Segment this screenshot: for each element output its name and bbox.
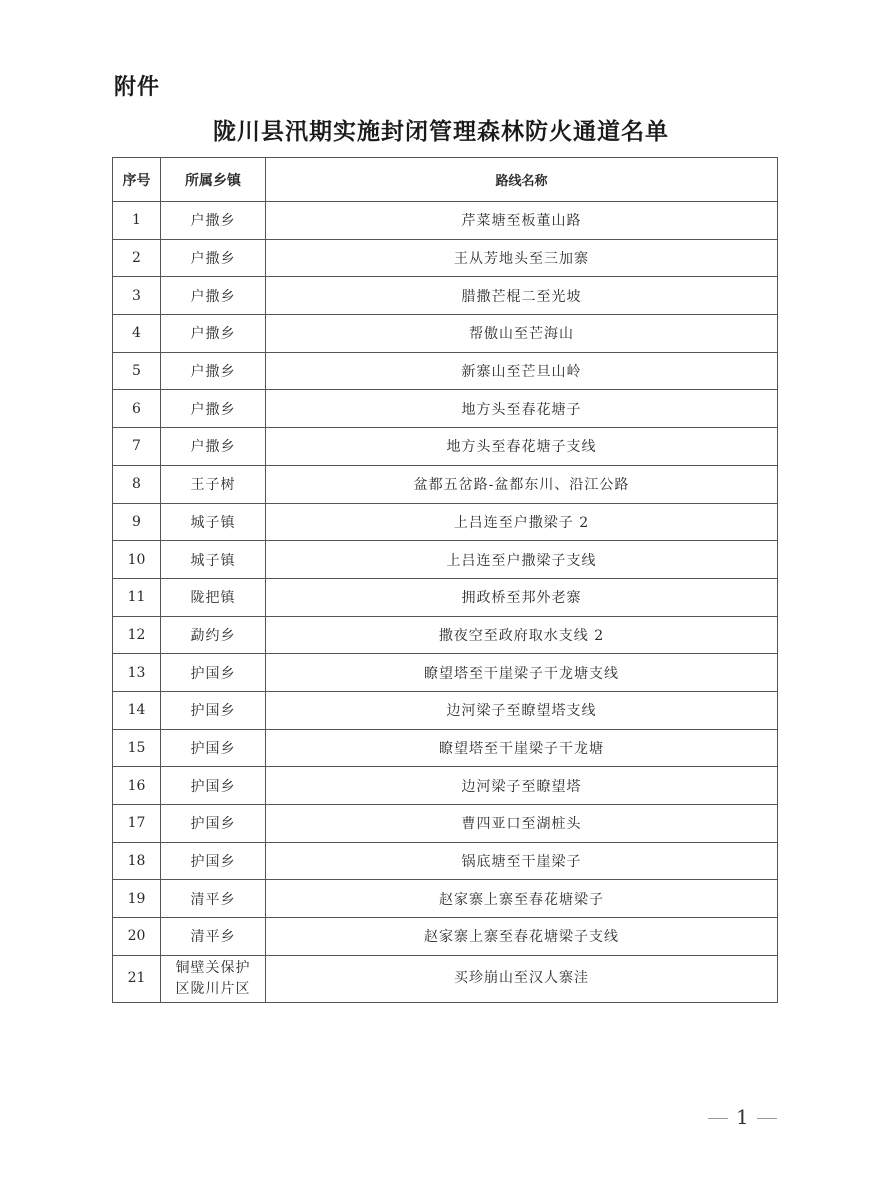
table-row: 17护国乡曹四亚口至湖桩头 xyxy=(113,805,778,843)
table-row: 1户撒乡芹菜塘至板董山路 xyxy=(113,202,778,240)
table-row: 20清平乡赵家寨上寨至春花塘梁子支线 xyxy=(113,918,778,956)
row-road: 锅底塘至干崖梁子 xyxy=(266,842,778,880)
row-town: 清平乡 xyxy=(161,880,266,918)
row-town: 户撒乡 xyxy=(161,202,266,240)
table-row: 13护国乡瞭望塔至干崖梁子干龙塘支线 xyxy=(113,654,778,692)
row-road: 边河梁子至瞭望塔支线 xyxy=(266,691,778,729)
row-road: 拥政桥至邦外老寨 xyxy=(266,578,778,616)
row-road: 撒夜空至政府取水支线 2 xyxy=(266,616,778,654)
table-row: 3户撒乡腊撒芒棍二至光坡 xyxy=(113,277,778,315)
table-row: 4户撒乡帮傲山至芒海山 xyxy=(113,315,778,353)
row-no: 3 xyxy=(113,277,161,315)
row-no: 7 xyxy=(113,428,161,466)
row-no: 20 xyxy=(113,918,161,956)
row-town: 护国乡 xyxy=(161,729,266,767)
row-road: 盆都五岔路-盆都东川、沿江公路 xyxy=(266,465,778,503)
table-row: 14护国乡边河梁子至瞭望塔支线 xyxy=(113,691,778,729)
row-no: 19 xyxy=(113,880,161,918)
row-town: 护国乡 xyxy=(161,691,266,729)
row-road: 帮傲山至芒海山 xyxy=(266,315,778,353)
table-row: 15护国乡瞭望塔至干崖梁子干龙塘 xyxy=(113,729,778,767)
table-row: 12勐约乡撒夜空至政府取水支线 2 xyxy=(113,616,778,654)
row-road: 芹菜塘至板董山路 xyxy=(266,202,778,240)
row-road: 地方头至春花塘子支线 xyxy=(266,428,778,466)
row-town: 护国乡 xyxy=(161,842,266,880)
table-row: 9城子镇上吕连至户撒梁子 2 xyxy=(113,503,778,541)
page-dash-right xyxy=(757,1118,777,1120)
row-no: 11 xyxy=(113,578,161,616)
row-road: 腊撒芒棍二至光坡 xyxy=(266,277,778,315)
row-road: 新寨山至芒旦山岭 xyxy=(266,352,778,390)
table-row: 21 铜壁关保护 区陇川片区 买珍崩山至汉人寨洼 xyxy=(113,955,778,1002)
row-road: 上吕连至户撒梁子 2 xyxy=(266,503,778,541)
row-no: 4 xyxy=(113,315,161,353)
row-town: 户撒乡 xyxy=(161,428,266,466)
header-road: 路线名称 xyxy=(266,158,778,202)
row-no: 1 xyxy=(113,202,161,240)
table-row: 7户撒乡地方头至春花塘子支线 xyxy=(113,428,778,466)
row-town: 户撒乡 xyxy=(161,277,266,315)
row-no: 17 xyxy=(113,805,161,843)
table-row: 8王子树盆都五岔路-盆都东川、沿江公路 xyxy=(113,465,778,503)
row-road: 瞭望塔至干崖梁子干龙塘 xyxy=(266,729,778,767)
table-row: 11陇把镇拥政桥至邦外老寨 xyxy=(113,578,778,616)
row-town: 护国乡 xyxy=(161,654,266,692)
page-number-value: 1 xyxy=(736,1105,749,1129)
row-no: 8 xyxy=(113,465,161,503)
row-no: 21 xyxy=(113,955,161,1002)
row-town: 户撒乡 xyxy=(161,390,266,428)
row-road: 曹四亚口至湖桩头 xyxy=(266,805,778,843)
row-town-line2: 区陇川片区 xyxy=(161,979,265,1000)
header-town: 所属乡镇 xyxy=(161,158,266,202)
table-row: 6户撒乡地方头至春花塘子 xyxy=(113,390,778,428)
row-town: 勐约乡 xyxy=(161,616,266,654)
row-town: 清平乡 xyxy=(161,918,266,956)
row-no: 10 xyxy=(113,541,161,579)
attachment-label: 附件 xyxy=(114,70,160,101)
table-row: 2户撒乡王从芳地头至三加寨 xyxy=(113,239,778,277)
row-no: 15 xyxy=(113,729,161,767)
row-road: 地方头至春花塘子 xyxy=(266,390,778,428)
page-number: 1 xyxy=(700,1105,785,1129)
row-town: 户撒乡 xyxy=(161,352,266,390)
row-road: 赵家寨上寨至春花塘梁子支线 xyxy=(266,918,778,956)
row-no: 5 xyxy=(113,352,161,390)
row-no: 6 xyxy=(113,390,161,428)
table-header-row: 序号 所属乡镇 路线名称 xyxy=(113,158,778,202)
row-town: 王子树 xyxy=(161,465,266,503)
row-no: 12 xyxy=(113,616,161,654)
fire-road-table: 序号 所属乡镇 路线名称 1户撒乡芹菜塘至板董山路 2户撒乡王从芳地头至三加寨 … xyxy=(112,157,778,1003)
row-no: 2 xyxy=(113,239,161,277)
document-title: 陇川县汛期实施封闭管理森林防火通道名单 xyxy=(0,113,882,146)
row-road: 边河梁子至瞭望塔 xyxy=(266,767,778,805)
row-town: 户撒乡 xyxy=(161,239,266,277)
row-town: 铜壁关保护 区陇川片区 xyxy=(161,955,266,1002)
row-road: 赵家寨上寨至春花塘梁子 xyxy=(266,880,778,918)
header-no: 序号 xyxy=(113,158,161,202)
table-row: 5户撒乡新寨山至芒旦山岭 xyxy=(113,352,778,390)
row-town: 城子镇 xyxy=(161,541,266,579)
table-row: 18护国乡锅底塘至干崖梁子 xyxy=(113,842,778,880)
table-row: 19清平乡赵家寨上寨至春花塘梁子 xyxy=(113,880,778,918)
row-town: 城子镇 xyxy=(161,503,266,541)
row-road: 瞭望塔至干崖梁子干龙塘支线 xyxy=(266,654,778,692)
row-town: 户撒乡 xyxy=(161,315,266,353)
row-town: 护国乡 xyxy=(161,767,266,805)
row-no: 16 xyxy=(113,767,161,805)
row-no: 18 xyxy=(113,842,161,880)
row-road: 上吕连至户撒梁子支线 xyxy=(266,541,778,579)
row-road: 买珍崩山至汉人寨洼 xyxy=(266,955,778,1002)
row-town: 护国乡 xyxy=(161,805,266,843)
table-row: 16护国乡边河梁子至瞭望塔 xyxy=(113,767,778,805)
row-town-line1: 铜壁关保护 xyxy=(161,958,265,979)
table-row: 10城子镇上吕连至户撒梁子支线 xyxy=(113,541,778,579)
row-town: 陇把镇 xyxy=(161,578,266,616)
row-no: 13 xyxy=(113,654,161,692)
row-no: 14 xyxy=(113,691,161,729)
row-no: 9 xyxy=(113,503,161,541)
page-dash-left xyxy=(708,1118,728,1120)
row-road: 王从芳地头至三加寨 xyxy=(266,239,778,277)
